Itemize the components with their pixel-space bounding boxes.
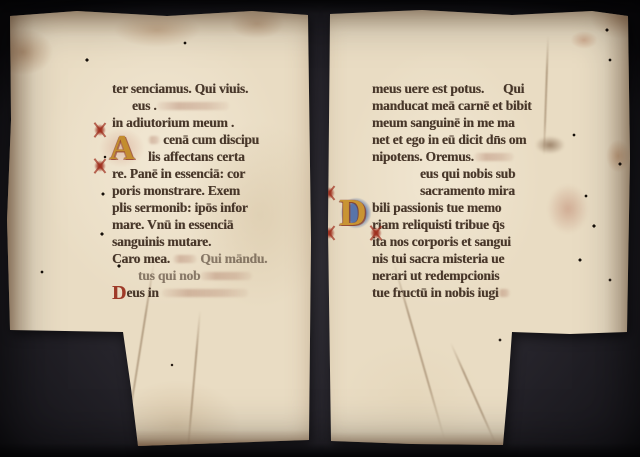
- faded-text-trace: [157, 102, 229, 110]
- text-segment: nerari ut redempcionis: [372, 268, 499, 283]
- manuscript-text-line: tus qui nob: [112, 267, 312, 284]
- manuscript-text-line: tue fructū in nobis iugi: [372, 284, 612, 301]
- manuscript-text-line: nis tui sacra misteria ue: [372, 250, 612, 267]
- manuscript-text-line: nerari ut redempcionis: [372, 267, 612, 284]
- manuscript-text-line: lis affectans certa: [148, 148, 312, 165]
- crease-line: [450, 342, 496, 443]
- manuscript-text-line: Caro mea. Qui māndu.: [112, 250, 312, 267]
- text-segment: nipotens. Oremus.: [372, 149, 474, 164]
- text-segment: manducat meā carnē et bibit: [372, 98, 532, 113]
- photo-backdrop: ter senciamus. Qui viuis.eus .in adiutor…: [0, 0, 640, 457]
- manuscript-text-line: nipotens. Oremus.: [372, 148, 612, 165]
- text-segment: sanguinis mutare.: [112, 234, 211, 249]
- manuscript-text-line: eus qui nobis sub: [420, 165, 612, 182]
- text-segment: ter senciamus. Qui viuis.: [112, 81, 248, 96]
- manuscript-text-line: sacramento mira: [420, 182, 612, 199]
- penwork-flourish: [94, 124, 106, 136]
- text-segment: tue fructū in nobis iugi: [372, 285, 498, 300]
- manuscript-text-line: mare. Vnū in essenciā: [112, 216, 312, 233]
- text-segment: cenā cum discipu: [160, 132, 259, 147]
- manuscript-text-line: sanguinis mutare.: [112, 233, 312, 250]
- penwork-flourish: [94, 160, 106, 172]
- manuscript-text-line: net et ego in eū dicit dn̄s om: [372, 131, 612, 148]
- faded-text-trace: [200, 272, 252, 280]
- manuscript-text-line: Deus in: [112, 284, 312, 301]
- parchment-verso: ter senciamus. Qui viuis.eus .in adiutor…: [7, 10, 311, 446]
- manuscript-text-line: cenā cum discipu: [148, 131, 312, 148]
- text-segment: re. Panē in essenciā: cor: [112, 166, 245, 181]
- text-segment: mare. Vnū in essenciā: [112, 217, 233, 232]
- text-segment: lis affectans certa: [148, 149, 245, 164]
- faded-text-trace: [474, 153, 514, 161]
- manuscript-text-line: ita nos corporis et sangui: [372, 233, 612, 250]
- manuscript-text-line: ter senciamus. Qui viuis.: [112, 80, 312, 97]
- text-block-recto: meus uere est potus. Quimanducat meā car…: [372, 80, 612, 301]
- faded-text-trace: [498, 289, 510, 297]
- text-segment: plis sermonib: ipōs infor: [112, 200, 248, 215]
- text-segment: poris monstrare. Exem: [112, 183, 240, 198]
- faded-text-trace: [148, 136, 160, 144]
- text-segment: net et ego in eū dicit dn̄s om: [372, 132, 526, 147]
- penwork-flourish: [323, 227, 335, 239]
- manuscript-text-line: manducat meā carnē et bibit: [372, 97, 612, 114]
- manuscript-text-line: eus .: [112, 97, 312, 114]
- text-segment: Caro mea.: [112, 251, 173, 266]
- manuscript-text-line: meus uere est potus. Qui: [372, 80, 612, 97]
- text-segment: sacramento mira: [420, 183, 515, 198]
- text-segment: meum sanguinē in me ma: [372, 115, 515, 130]
- manuscript-text-line: bili passionis tue memo: [372, 199, 612, 216]
- text-segment: bili passionis tue memo: [372, 200, 501, 215]
- crease-line: [187, 310, 201, 450]
- faded-text-trace: [173, 255, 197, 263]
- faded-text-trace: [162, 289, 248, 297]
- illuminated-initial-A: A: [99, 128, 145, 168]
- text-segment: ita nos corporis et sangui: [372, 234, 511, 249]
- text-segment: tus qui nob: [138, 268, 200, 283]
- rubric-capital: D: [112, 282, 126, 304]
- text-segment: riam reliquisti tribue q̄s: [372, 217, 504, 232]
- manuscript-text-line: riam reliquisti tribue q̄s: [372, 216, 612, 233]
- text-segment: eus in: [126, 285, 161, 300]
- parchment-recto: meus uere est potus. Quimanducat meā car…: [322, 8, 634, 448]
- manuscript-text-line: plis sermonib: ipōs infor: [112, 199, 312, 216]
- penwork-flourish: [370, 227, 382, 239]
- text-segment: eus .: [132, 98, 157, 113]
- manuscript-text-line: meum sanguinē in me ma: [372, 114, 612, 131]
- manuscript-text-line: poris monstrare. Exem: [112, 182, 312, 199]
- manuscript-leaf-recto: meus uere est potus. Quimanducat meā car…: [322, 8, 634, 448]
- text-segment: meus uere est potus. Qui: [372, 81, 524, 96]
- text-segment: nis tui sacra misteria ue: [372, 251, 504, 266]
- manuscript-leaf-verso: ter senciamus. Qui viuis.eus .in adiutor…: [7, 10, 311, 446]
- illuminated-initial-D: D: [328, 191, 378, 235]
- text-block-verso: ter senciamus. Qui viuis.eus .in adiutor…: [112, 80, 312, 301]
- penwork-flourish: [323, 187, 335, 199]
- text-segment: eus qui nobis sub: [420, 166, 515, 181]
- text-segment: Qui māndu.: [197, 251, 267, 266]
